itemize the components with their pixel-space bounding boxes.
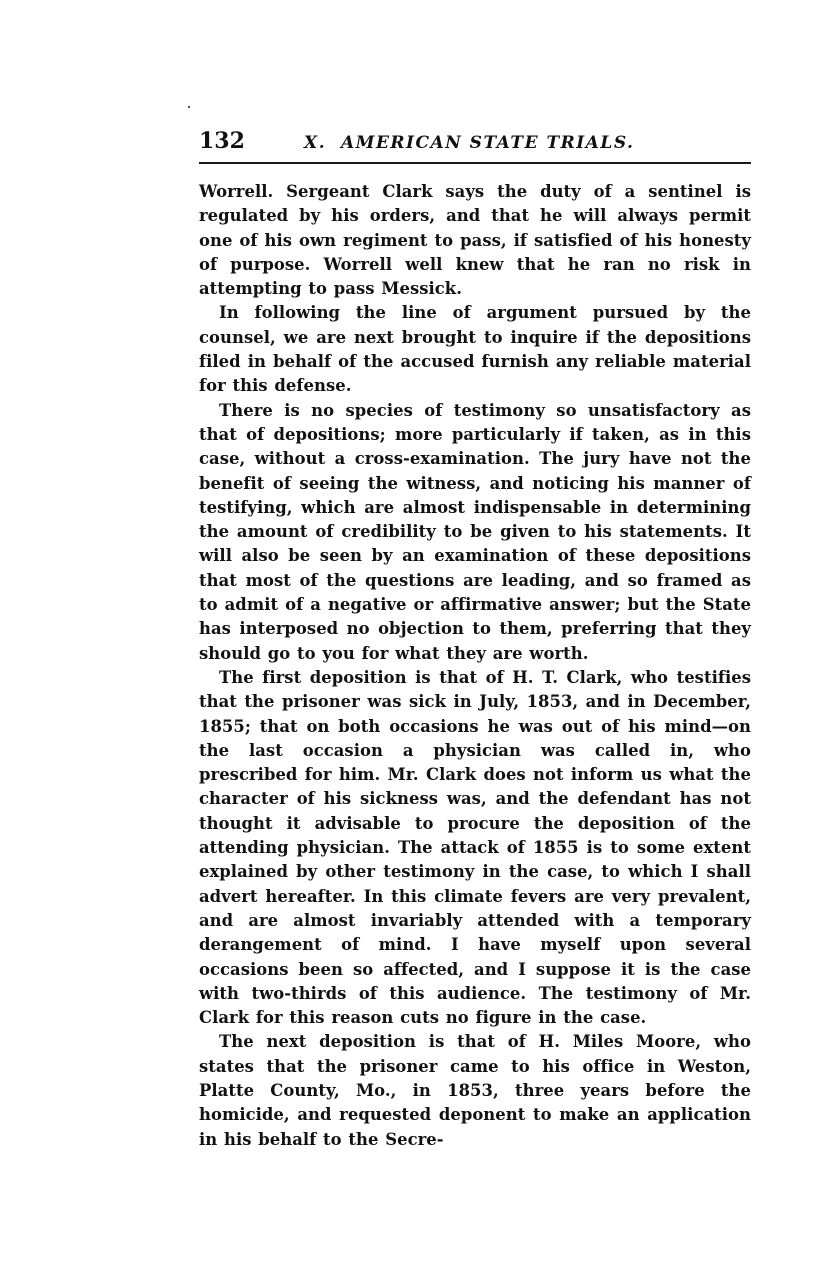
- paragraph-2: In following the line of argument pursue…: [199, 301, 751, 398]
- paragraph-4: The first deposition is that of H. T. Cl…: [199, 666, 751, 1030]
- book-page: 132 X. AMERICAN STATE TRIALS. Worrell. S…: [199, 128, 751, 1152]
- paragraph-1: Worrell. Sergeant Clark says the duty of…: [199, 180, 751, 301]
- scan-speck: [188, 106, 190, 108]
- body-text: Worrell. Sergeant Clark says the duty of…: [199, 180, 751, 1152]
- running-title: X. AMERICAN STATE TRIALS.: [304, 133, 634, 153]
- page-number: 132: [199, 128, 304, 154]
- paragraph-5: The next deposition is that of H. Miles …: [199, 1030, 751, 1151]
- header-rule: [199, 162, 751, 164]
- paragraph-3: There is no species of testimony so unsa…: [199, 399, 751, 666]
- page-header: 132 X. AMERICAN STATE TRIALS.: [199, 128, 751, 162]
